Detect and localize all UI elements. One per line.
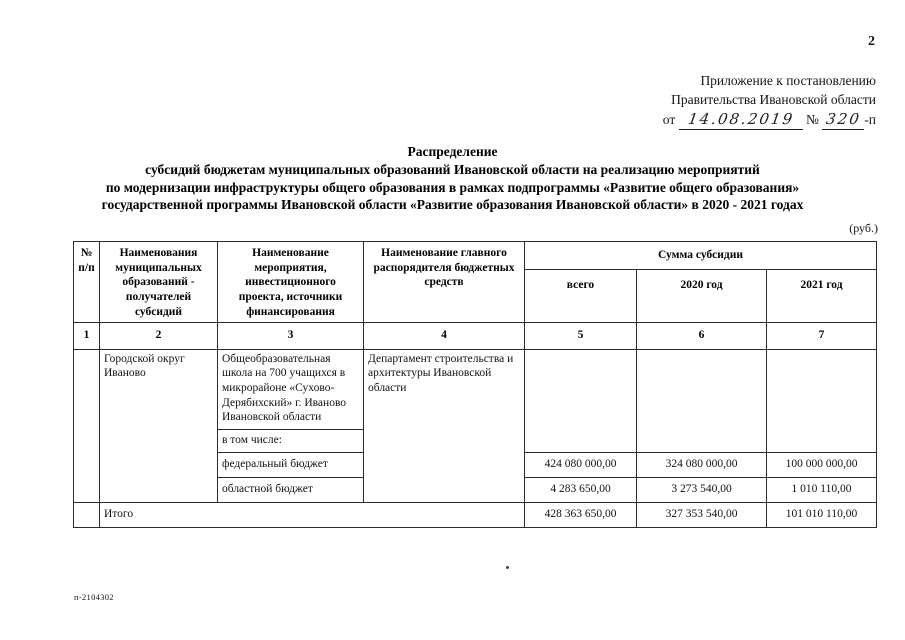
total-amount-cell: 428 363 650,00: [525, 502, 637, 527]
document-page: 2 Приложение к постановлению Правительст…: [0, 0, 905, 640]
header-col-municipality: Наименования муниципальных образований -…: [100, 242, 218, 323]
col-number-4: 4: [364, 322, 525, 349]
header-sum-group: Сумма субсидии: [525, 242, 877, 270]
header-col-administrator: Наименование главного распорядителя бюдж…: [364, 242, 525, 323]
amount-2020-cell: 324 080 000,00: [637, 452, 767, 477]
col-number-5: 5: [525, 322, 637, 349]
number-sign-label: №: [806, 112, 819, 127]
handwritten-number: 320: [823, 112, 864, 129]
col-number-7: 7: [767, 322, 877, 349]
col-number-6: 6: [637, 322, 767, 349]
title-line-3: по модернизации инфраструктуры общего об…: [0, 179, 905, 197]
scan-artifact-dot: [506, 566, 509, 569]
appendix-sign-line: от 14.08.2019 № 320-п: [663, 111, 876, 130]
col-number-2: 2: [100, 322, 218, 349]
amount-2020-cell: 3 273 540,00: [637, 477, 767, 502]
number-underline: 320: [822, 112, 864, 130]
funding-source-cell: областной бюджет: [218, 477, 364, 502]
appendix-line-1: Приложение к постановлению: [663, 72, 876, 91]
title-line-1: Распределение: [0, 143, 905, 161]
total-2020-cell: 327 353 540,00: [637, 502, 767, 527]
amount-2021-cell: 1 010 110,00: [767, 477, 877, 502]
amount-total-cell: 424 080 000,00: [525, 452, 637, 477]
header-col-num: № п/п: [74, 242, 100, 323]
col-number-3: 3: [218, 322, 364, 349]
col-number-1: 1: [74, 322, 100, 349]
handwritten-date: 14.08.2019: [684, 112, 796, 129]
total-label-cell: Итого: [100, 502, 525, 527]
administrator-cell: Департамент строительства и архитектуры …: [364, 349, 525, 502]
funding-source-cell: федеральный бюджет: [218, 452, 364, 477]
title-line-4: государственной программы Ивановской обл…: [0, 196, 905, 214]
empty-2020-cell: [637, 349, 767, 452]
header-col-2021: 2021 год: [767, 269, 877, 322]
header-col-total: всего: [525, 269, 637, 322]
title-line-2: субсидий бюджетам муниципальных образова…: [0, 161, 905, 179]
header-row-top: № п/п Наименования муниципальных образов…: [74, 242, 877, 270]
subsidies-table: № п/п Наименования муниципальных образов…: [73, 241, 877, 528]
document-title: Распределение субсидий бюджетам муниципа…: [0, 143, 905, 214]
from-label: от: [663, 112, 675, 127]
body-row-project: Городской округ Иваново Общеобразователь…: [74, 349, 877, 429]
total-2021-cell: 101 010 110,00: [767, 502, 877, 527]
header-col-2020: 2020 год: [637, 269, 767, 322]
municipality-cell: Городской округ Иваново: [100, 349, 218, 502]
page-number: 2: [868, 34, 875, 50]
date-underline: 14.08.2019: [679, 112, 803, 130]
amount-total-cell: 4 283 650,00: [525, 477, 637, 502]
units-label: (руб.): [849, 221, 878, 236]
header-col-project: Наименование мероприятия, инвестиционног…: [218, 242, 364, 323]
project-cell: Общеобразовательная школа на 700 учащихс…: [218, 349, 364, 429]
empty-2021-cell: [767, 349, 877, 452]
amount-2021-cell: 100 000 000,00: [767, 452, 877, 477]
including-label-cell: в том числе:: [218, 429, 364, 452]
column-numbers-row: 1 2 3 4 5 6 7: [74, 322, 877, 349]
number-suffix: -п: [864, 112, 876, 127]
appendix-block: Приложение к постановлению Правительства…: [663, 72, 876, 130]
row-num-cell: [74, 349, 100, 502]
footer-code: п-2104302: [74, 592, 114, 602]
empty-total-cell: [525, 349, 637, 452]
total-row: Итого 428 363 650,00 327 353 540,00 101 …: [74, 502, 877, 527]
appendix-line-2: Правительства Ивановской области: [663, 91, 876, 110]
total-row-num-cell: [74, 502, 100, 527]
